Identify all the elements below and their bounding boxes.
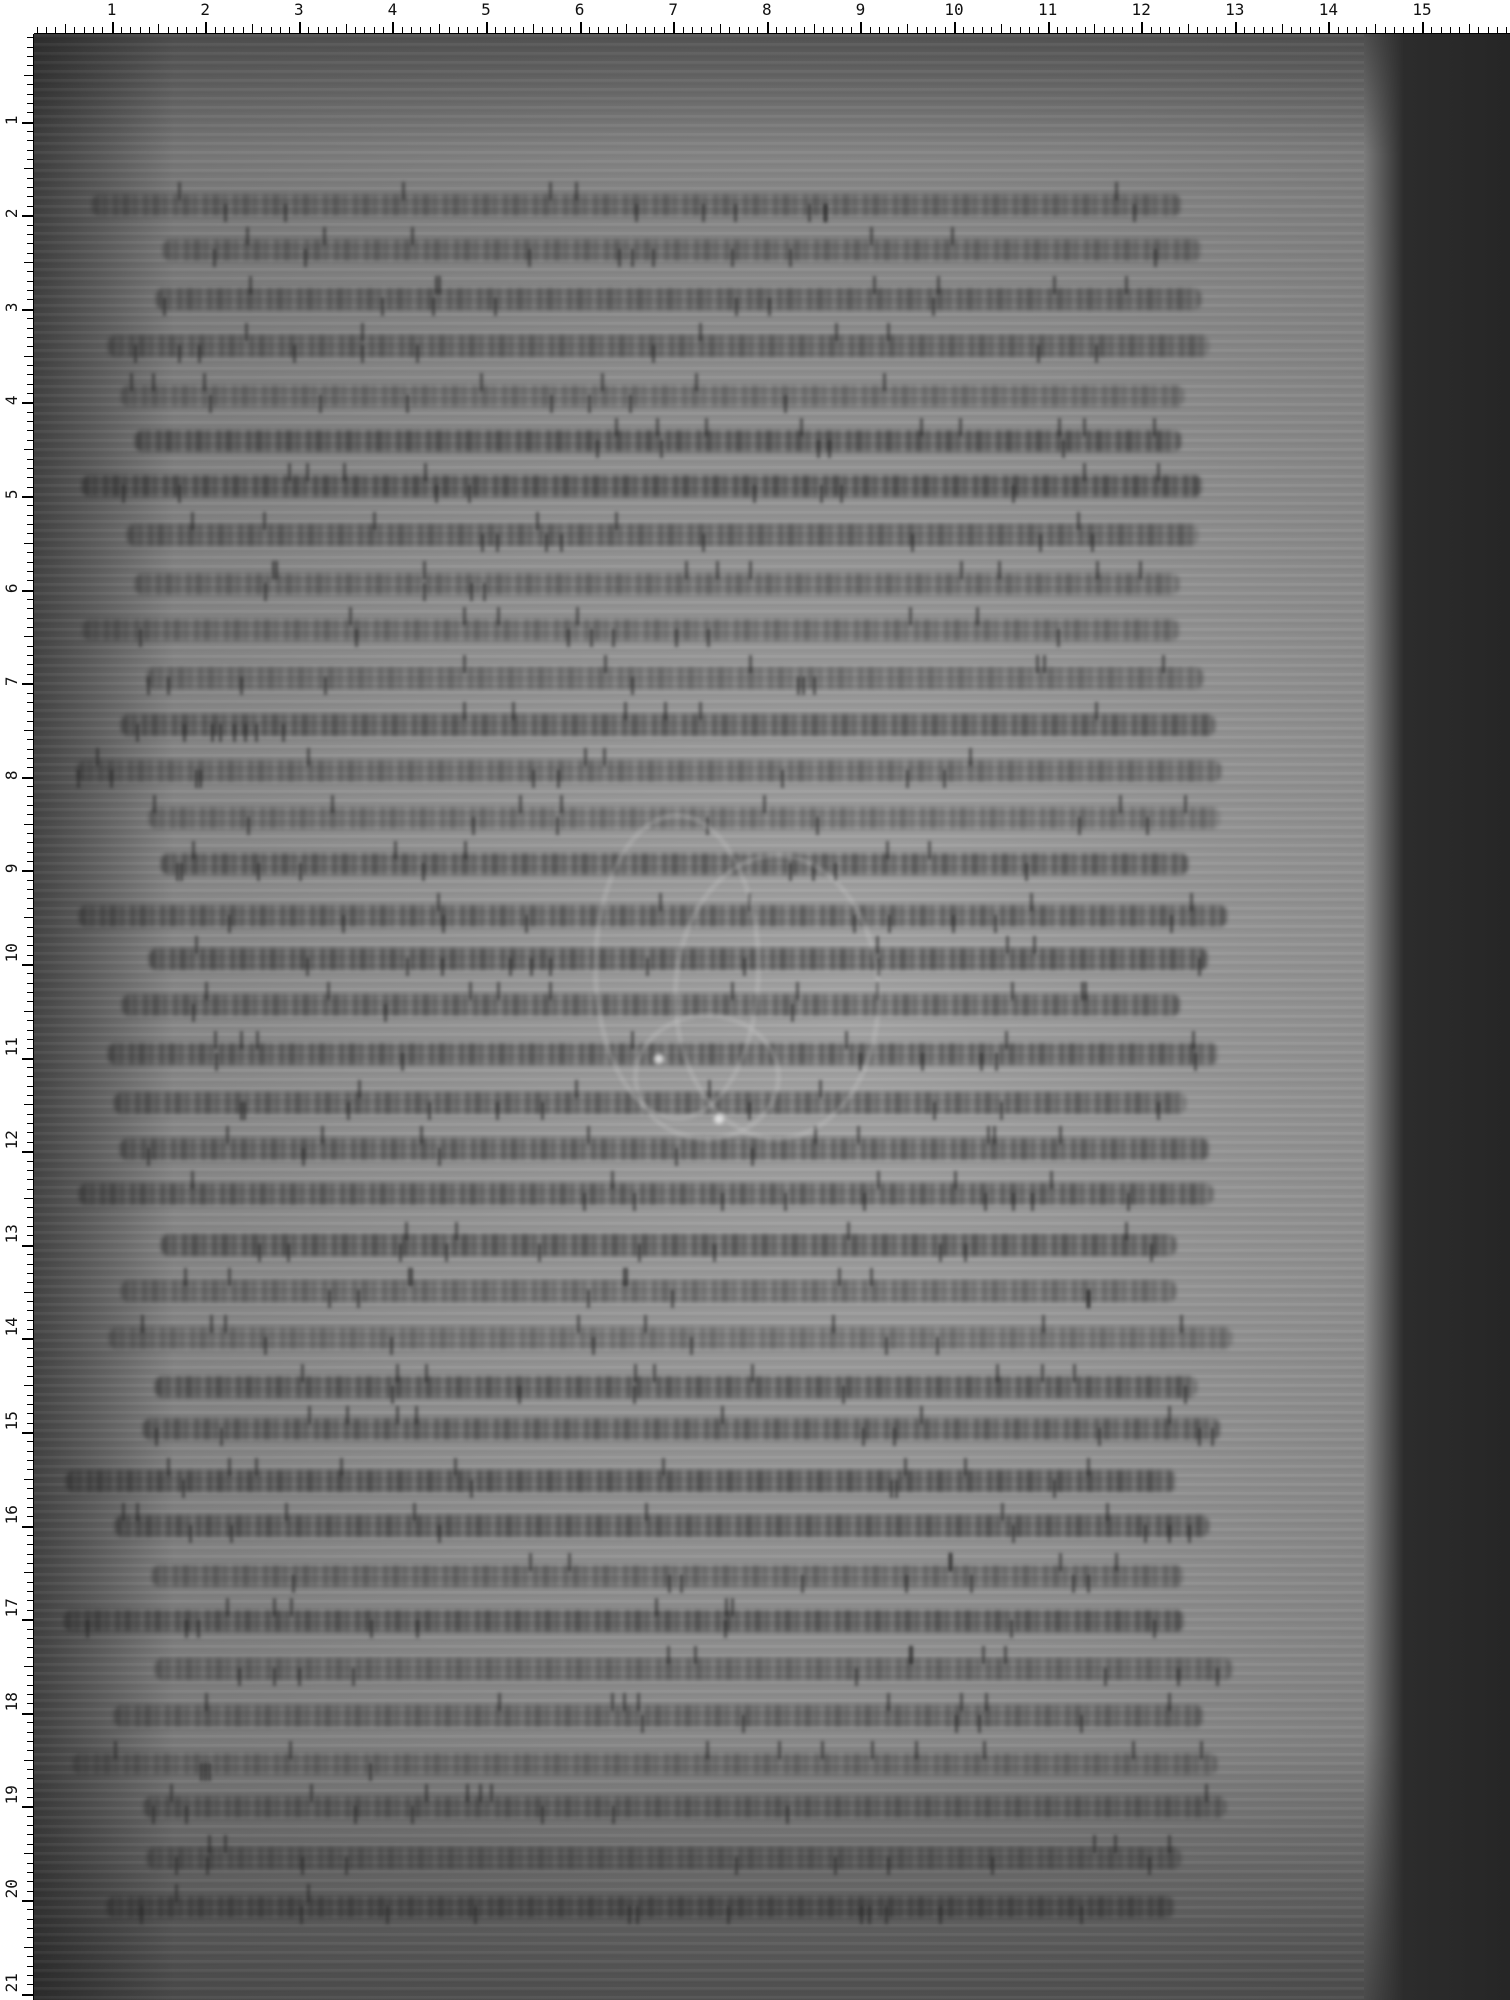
- ruler-tick: [879, 27, 880, 34]
- ruler-tick: [22, 1245, 34, 1247]
- ascender-stroke: [525, 915, 528, 933]
- ruler-label: 6: [575, 0, 585, 19]
- ruler-tick: [1431, 27, 1432, 34]
- ruler-tick: [27, 1975, 34, 1976]
- ascender-stroke: [624, 702, 627, 720]
- ruler-tick: [27, 1647, 34, 1648]
- ascender-stroke: [699, 702, 702, 720]
- ascender-stroke: [538, 1244, 541, 1262]
- ruler-tick: [27, 1722, 34, 1723]
- ruler-tick: [27, 627, 34, 628]
- ascender-stroke: [200, 1763, 203, 1781]
- ascender-stroke: [288, 463, 291, 481]
- ascender-stroke: [611, 1171, 614, 1189]
- ruler-tick: [27, 1629, 34, 1630]
- ascender-stroke: [886, 841, 889, 859]
- ruler-tick: [318, 27, 319, 34]
- ascender-stroke: [425, 1364, 428, 1382]
- ruler-tick: [22, 496, 34, 498]
- ruler-tick: [27, 674, 34, 675]
- ascender-stroke: [857, 1126, 860, 1144]
- ascender-stroke: [490, 1784, 493, 1802]
- ruler-tick: [27, 1366, 34, 1367]
- ruler-tick: [55, 27, 56, 34]
- ascender-stroke: [1025, 863, 1028, 881]
- ascender-stroke: [226, 1126, 229, 1144]
- ruler-tick: [168, 27, 169, 34]
- ruler-tick: [355, 27, 356, 34]
- ascender-stroke: [716, 561, 719, 579]
- ruler-label: 12: [1132, 0, 1151, 19]
- ruler-label: 6: [2, 583, 21, 593]
- ascender-stroke: [644, 1315, 647, 1333]
- ascender-stroke: [735, 298, 738, 316]
- ascender-stroke: [584, 748, 587, 766]
- ascender-stroke: [240, 1102, 243, 1120]
- ruler-tick: [27, 1460, 34, 1461]
- ascender-stroke: [952, 915, 955, 933]
- ruler-tick: [22, 1713, 34, 1715]
- ruler-tick: [851, 27, 852, 34]
- ascender-stroke: [1139, 561, 1142, 579]
- ruler-tick: [1048, 22, 1050, 34]
- ruler-tick: [24, 636, 34, 637]
- ascender-stroke: [731, 1598, 734, 1616]
- ruler-tick: [523, 27, 524, 34]
- ruler-tick: [27, 721, 34, 722]
- ascender-stroke: [877, 1171, 880, 1189]
- ruler-tick: [27, 1703, 34, 1704]
- ascender-stroke: [1194, 1053, 1197, 1071]
- ascender-stroke: [784, 1193, 787, 1211]
- ascender-stroke: [163, 298, 166, 316]
- ruler-label: 4: [388, 0, 398, 19]
- ruler-tick: [27, 1816, 34, 1817]
- ascender-stroke: [817, 440, 820, 458]
- ruler-label: 18: [2, 1692, 21, 1711]
- ruler-tick: [27, 1984, 34, 1985]
- ascender-stroke: [652, 249, 655, 267]
- ruler-tick: [1169, 27, 1170, 34]
- ascender-stroke: [130, 373, 133, 391]
- ruler-tick: [1020, 27, 1021, 34]
- ruler-tick: [22, 1526, 34, 1528]
- ascender-stroke: [205, 1693, 208, 1711]
- ascender-stroke: [396, 1364, 399, 1382]
- ascender-stroke: [258, 1244, 261, 1262]
- ruler-tick: [27, 1638, 34, 1639]
- ascender-stroke: [215, 1053, 218, 1071]
- ascender-stroke: [220, 1428, 223, 1446]
- ascender-stroke: [240, 1031, 243, 1049]
- ruler-tick: [27, 318, 34, 319]
- ascender-stroke: [1058, 418, 1061, 436]
- ascender-stroke: [702, 534, 705, 552]
- ruler-tick: [1375, 24, 1376, 34]
- ascender-stroke: [742, 1715, 745, 1733]
- ruler-corner: [0, 0, 34, 34]
- ascender-stroke: [982, 1646, 985, 1664]
- ruler-tick: [364, 27, 365, 34]
- ruler-tick: [907, 24, 908, 34]
- ascender-stroke: [991, 1857, 994, 1875]
- ascender-stroke: [445, 1244, 448, 1262]
- ruler-label: 10: [2, 943, 21, 962]
- ruler-tick: [973, 27, 974, 34]
- ruler-tick: [795, 27, 796, 34]
- handwritten-line: [66, 1470, 1176, 1492]
- ascender-stroke: [199, 770, 202, 788]
- ruler-tick: [22, 870, 34, 872]
- ascender-stroke: [273, 1668, 276, 1686]
- ruler-tick: [27, 421, 34, 422]
- ruler-tick: [27, 1273, 34, 1274]
- ascender-stroke: [470, 583, 473, 601]
- ascender-stroke: [245, 323, 248, 341]
- ruler-tick: [27, 65, 34, 66]
- ascender-stroke: [615, 418, 618, 436]
- ruler-label: 14: [2, 1317, 21, 1336]
- ascender-stroke: [301, 1364, 304, 1382]
- ruler-tick: [27, 1498, 34, 1499]
- ruler-tick: [1225, 27, 1226, 34]
- ruler-tick: [27, 440, 34, 441]
- ascender-stroke: [497, 607, 500, 625]
- ascender-stroke: [147, 1148, 150, 1166]
- ruler-label: 5: [2, 490, 21, 500]
- ascender-stroke: [122, 1503, 125, 1521]
- ruler-tick: [27, 852, 34, 853]
- ascender-stroke: [184, 1268, 187, 1286]
- ruler-tick: [1506, 27, 1507, 34]
- ascender-stroke: [994, 915, 997, 933]
- ruler-tick: [27, 477, 34, 478]
- ruler-tick: [27, 1423, 34, 1424]
- ascender-stroke: [847, 1222, 850, 1240]
- ascender-stroke: [203, 373, 206, 391]
- ascender-stroke: [210, 1315, 213, 1333]
- undertext-trace: [634, 1014, 780, 1140]
- ascender-stroke: [1087, 1290, 1090, 1308]
- ruler-tick: [27, 1217, 34, 1218]
- ascender-stroke: [694, 1646, 697, 1664]
- ascender-stroke: [735, 1857, 738, 1875]
- handwritten-line: [109, 1327, 1232, 1349]
- ascender-stroke: [293, 345, 296, 363]
- ascender-stroke: [509, 958, 512, 976]
- ascender-stroke: [1030, 893, 1033, 911]
- ascender-stroke: [349, 607, 352, 625]
- ruler-tick: [27, 655, 34, 656]
- ascender-stroke: [939, 1906, 942, 1924]
- ruler-label: 2: [200, 0, 210, 19]
- ruler-label: 7: [2, 677, 21, 687]
- handwritten-line: [120, 1138, 1209, 1160]
- ascender-stroke: [497, 982, 500, 1000]
- ruler-tick: [1085, 27, 1086, 34]
- ruler-tick: [27, 1563, 34, 1564]
- ruler-tick: [27, 1441, 34, 1442]
- ruler-tick: [27, 889, 34, 890]
- ruler-tick: [27, 1329, 34, 1330]
- ascender-stroke: [425, 1784, 428, 1802]
- ruler-tick: [411, 27, 412, 34]
- ascender-stroke: [211, 724, 214, 742]
- ascender-stroke: [641, 1715, 644, 1733]
- ascender-stroke: [1012, 1525, 1015, 1543]
- ruler-tick: [860, 22, 862, 34]
- ruler-tick: [27, 1937, 34, 1938]
- ascender-stroke: [1036, 655, 1039, 673]
- ruler-tick: [65, 24, 66, 34]
- ruler-label: 20: [2, 1879, 21, 1898]
- ascender-stroke: [1053, 1480, 1056, 1498]
- ascender-stroke: [660, 440, 663, 458]
- ascender-stroke: [386, 1906, 389, 1924]
- ruler-tick: [24, 1572, 34, 1573]
- ascender-stroke: [205, 982, 208, 1000]
- ascender-stroke: [406, 395, 409, 413]
- ascender-stroke: [1057, 629, 1060, 647]
- ascender-stroke: [987, 1126, 990, 1144]
- handwritten-line: [77, 760, 1221, 782]
- ascender-stroke: [410, 1268, 413, 1286]
- ascender-stroke: [228, 1458, 231, 1476]
- ascender-stroke: [1041, 1364, 1044, 1382]
- ruler-tick: [27, 927, 34, 928]
- ascender-stroke: [307, 1884, 310, 1902]
- handwritten-line: [121, 1280, 1175, 1302]
- ruler-tick: [1394, 27, 1395, 34]
- ascender-stroke: [1005, 1031, 1008, 1049]
- ascender-stroke: [416, 345, 419, 363]
- ruler-tick: [1413, 27, 1414, 34]
- ruler-tick: [27, 1591, 34, 1592]
- ascender-stroke: [835, 323, 838, 341]
- ruler-tick: [27, 1535, 34, 1536]
- ascender-stroke: [298, 1668, 301, 1686]
- ruler-tick: [27, 1966, 34, 1967]
- ascender-stroke: [175, 1884, 178, 1902]
- ruler-tick: [1094, 24, 1095, 34]
- ascender-stroke: [549, 982, 552, 1000]
- ascender-stroke: [530, 958, 533, 976]
- ruler-tick: [842, 27, 843, 34]
- ascender-stroke: [797, 677, 800, 695]
- ascender-stroke: [628, 1906, 631, 1924]
- ruler-tick: [27, 1788, 34, 1789]
- ascender-stroke: [396, 1406, 399, 1424]
- ascender-stroke: [1050, 1171, 1053, 1189]
- ascender-stroke: [1125, 1222, 1128, 1240]
- ruler-tick: [27, 37, 34, 38]
- ruler-tick: [24, 262, 34, 263]
- ruler-tick: [654, 27, 655, 34]
- ruler-tick: [280, 27, 281, 34]
- ascender-stroke: [768, 298, 771, 316]
- ruler-tick: [27, 1844, 34, 1845]
- ascender-stroke: [596, 440, 599, 458]
- ascender-stroke: [208, 1763, 211, 1781]
- ascender-stroke: [422, 863, 425, 881]
- ascender-stroke: [590, 629, 593, 647]
- ascender-stroke: [373, 512, 376, 530]
- ascender-stroke: [699, 323, 702, 341]
- handwritten-line: [108, 335, 1210, 357]
- manuscript-scan: [34, 34, 1510, 2000]
- ascender-stroke: [1091, 534, 1094, 552]
- ruler-tick: [1450, 27, 1451, 34]
- ascender-stroke: [1043, 655, 1046, 673]
- ascender-stroke: [324, 677, 327, 695]
- ruler-tick: [27, 253, 34, 254]
- ascender-stroke: [656, 418, 659, 436]
- ruler-tick: [158, 24, 159, 34]
- ascender-stroke: [1177, 1668, 1180, 1686]
- ascender-stroke: [583, 1193, 586, 1211]
- ascender-stroke: [1192, 1031, 1195, 1049]
- ruler-tick: [308, 27, 309, 34]
- ruler-tick: [27, 805, 34, 806]
- ruler-tick: [24, 1479, 34, 1480]
- ascender-stroke: [838, 1268, 841, 1286]
- ruler-tick: [27, 1264, 34, 1265]
- ascender-stroke: [415, 1406, 418, 1424]
- ruler-tick: [27, 1797, 34, 1798]
- ascender-stroke: [529, 1553, 532, 1571]
- ascender-stroke: [381, 298, 384, 316]
- ruler-tick: [1300, 27, 1301, 34]
- ruler-tick: [27, 1170, 34, 1171]
- ascender-stroke: [781, 770, 784, 788]
- ruler-tick: [458, 27, 459, 34]
- ruler-tick: [27, 1179, 34, 1180]
- ruler-tick: [27, 430, 34, 431]
- ascender-stroke: [933, 1102, 936, 1120]
- ruler-tick: [27, 412, 34, 413]
- ascender-stroke: [441, 958, 444, 976]
- ascender-stroke: [1153, 418, 1156, 436]
- ascender-stroke: [536, 512, 539, 530]
- ascender-stroke: [255, 724, 258, 742]
- ascender-stroke: [518, 1386, 521, 1404]
- ascender-stroke: [1132, 1741, 1135, 1759]
- ascender-stroke: [816, 817, 819, 835]
- ruler-tick: [205, 22, 207, 34]
- ruler-tick: [121, 27, 122, 34]
- ascender-stroke: [985, 1693, 988, 1711]
- ascender-stroke: [734, 204, 737, 222]
- ruler-tick: [27, 505, 34, 506]
- ascender-stroke: [870, 1268, 873, 1286]
- ascender-stroke: [319, 395, 322, 413]
- ascender-stroke: [786, 1806, 789, 1824]
- ruler-tick: [27, 1282, 34, 1283]
- ascender-stroke: [637, 1693, 640, 1711]
- ascender-stroke: [801, 1575, 804, 1593]
- ascender-stroke: [420, 1126, 423, 1144]
- ascender-stroke: [1006, 936, 1009, 954]
- ascender-stroke: [870, 227, 873, 245]
- ascender-stroke: [685, 561, 688, 579]
- ruler-tick: [27, 1086, 34, 1087]
- ruler-tick: [27, 1310, 34, 1311]
- ascender-stroke: [840, 485, 843, 503]
- ascender-stroke: [494, 298, 497, 316]
- ascender-stroke: [206, 1857, 209, 1875]
- ruler-tick: [24, 917, 34, 918]
- ruler-tick: [22, 215, 34, 217]
- ruler-tick: [22, 1338, 34, 1340]
- ascender-stroke: [577, 1315, 580, 1333]
- ascender-stroke: [1157, 463, 1160, 481]
- ruler-tick: [27, 1657, 34, 1658]
- ascender-stroke: [1125, 276, 1128, 294]
- ruler-tick: [1338, 27, 1339, 34]
- ruler-tick: [27, 187, 34, 188]
- ascender-stroke: [1095, 702, 1098, 720]
- ascender-stroke: [995, 1053, 998, 1071]
- ascender-stroke: [751, 1364, 754, 1382]
- ascender-stroke: [1031, 1193, 1034, 1211]
- ascender-stroke: [998, 561, 1001, 579]
- ascender-stroke: [964, 1458, 967, 1476]
- ascender-stroke: [1053, 276, 1056, 294]
- ascender-stroke: [631, 677, 634, 695]
- ascender-stroke: [1037, 345, 1040, 363]
- ascender-stroke: [208, 1835, 211, 1853]
- ruler-tick: [467, 27, 468, 34]
- ascender-stroke: [405, 1222, 408, 1240]
- ruler-tick: [720, 24, 721, 34]
- ruler-tick: [27, 702, 34, 703]
- ruler-tick: [22, 683, 34, 685]
- ascender-stroke: [633, 1193, 636, 1211]
- ruler-tick: [1459, 27, 1460, 34]
- ascender-stroke: [233, 724, 236, 742]
- ruler-tick: [24, 1104, 34, 1105]
- ascender-stroke: [226, 1598, 229, 1616]
- left-ruler: 123456789101112131415161718192021: [0, 0, 34, 2000]
- ruler-tick: [102, 27, 103, 34]
- ascender-stroke: [618, 249, 621, 267]
- ruler-tick: [140, 27, 141, 34]
- ascender-stroke: [1104, 1668, 1107, 1686]
- ruler-tick: [27, 571, 34, 572]
- ruler-label: 3: [2, 302, 21, 312]
- ascender-stroke: [321, 1126, 324, 1144]
- ascender-stroke: [1059, 1553, 1062, 1571]
- ascender-stroke: [147, 677, 150, 695]
- ascender-stroke: [587, 1126, 590, 1144]
- ruler-tick: [776, 27, 777, 34]
- ascender-stroke: [560, 795, 563, 813]
- ascender-stroke: [960, 561, 963, 579]
- ruler-tick: [327, 27, 328, 34]
- ruler-tick: [22, 309, 34, 311]
- ruler-tick: [888, 27, 889, 34]
- ruler-tick: [27, 225, 34, 226]
- ruler-label: 2: [2, 209, 21, 219]
- ruler-tick: [954, 22, 956, 34]
- ruler-tick: [767, 22, 769, 34]
- ruler-tick: [27, 140, 34, 141]
- ruler-tick: [27, 131, 34, 132]
- ruler-tick: [27, 1132, 34, 1133]
- ascender-stroke: [182, 1480, 185, 1498]
- ruler-tick: [149, 27, 150, 34]
- ruler-tick: [27, 1741, 34, 1742]
